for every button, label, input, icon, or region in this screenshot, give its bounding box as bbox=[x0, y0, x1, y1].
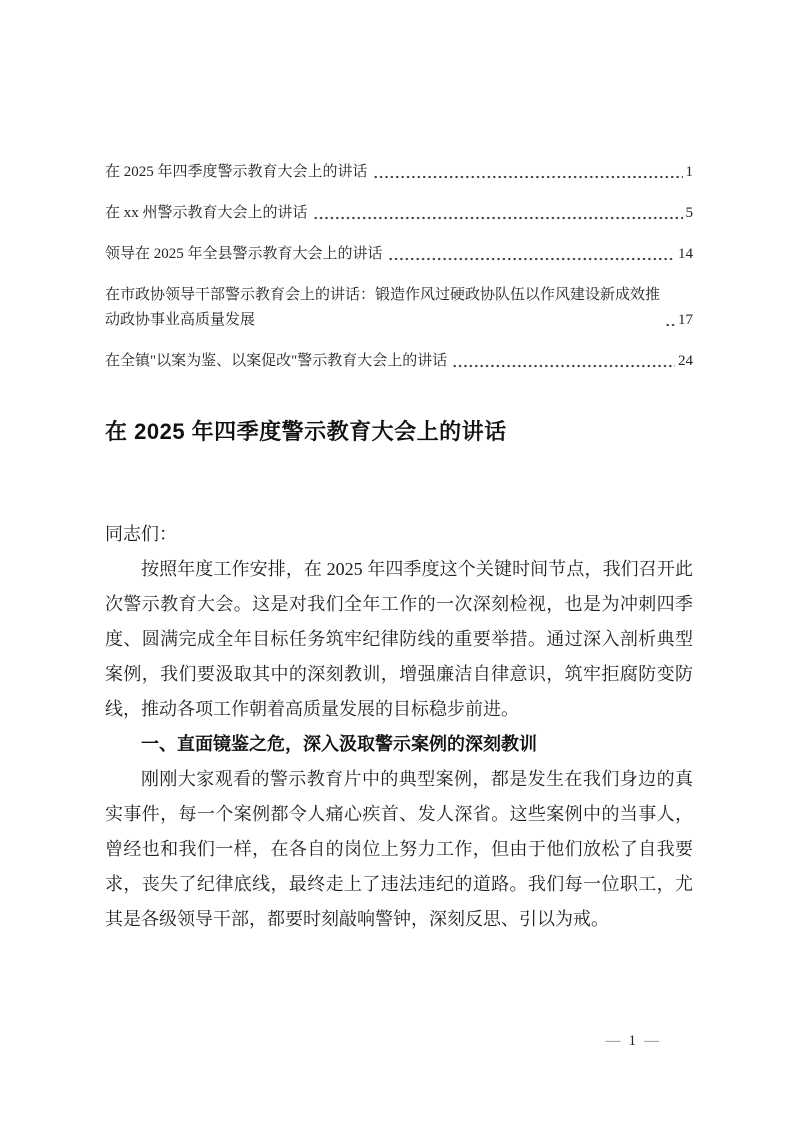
toc-entry-title: 在市政协领导干部警示教育会上的讲话：锻造作风过硬政协队伍以作风建设新成效推动政协… bbox=[105, 283, 660, 333]
toc-entry[interactable]: 在市政协领导干部警示教育会上的讲话：锻造作风过硬政协队伍以作风建设新成效推动政协… bbox=[105, 283, 693, 333]
toc-page-number: 1 bbox=[686, 160, 694, 185]
section-heading: 一、直面镜鉴之危，深入汲取警示案例的深刻教训 bbox=[105, 727, 693, 762]
toc-dot-leader bbox=[452, 349, 675, 374]
footer-left-dash: — bbox=[599, 1033, 629, 1049]
document-page: 在 2025 年四季度警示教育大会上的讲话1在 xx 州警示教育大会上的讲话5领… bbox=[0, 0, 793, 1122]
toc-page-number: 17 bbox=[678, 308, 693, 333]
page-content: 在 2025 年四季度警示教育大会上的讲话1在 xx 州警示教育大会上的讲话5领… bbox=[105, 0, 693, 937]
toc-dot-leader bbox=[373, 160, 683, 185]
footer-right-dash: — bbox=[637, 1033, 667, 1049]
paragraph-intro: 按照年度工作安排，在 2025 年四季度这个关键时间节点，我们召开此次警示教育大… bbox=[105, 552, 693, 727]
toc-entry-title: 在 xx 州警示教育大会上的讲话 bbox=[105, 201, 308, 226]
toc-entry-title: 在全镇"以案为鉴、以案促改"警示教育大会上的讲话 bbox=[105, 349, 447, 374]
toc-dot-leader bbox=[665, 308, 675, 333]
table-of-contents: 在 2025 年四季度警示教育大会上的讲话1在 xx 州警示教育大会上的讲话5领… bbox=[105, 0, 693, 374]
toc-entry-title: 在 2025 年四季度警示教育大会上的讲话 bbox=[105, 160, 368, 185]
toc-page-number: 5 bbox=[686, 201, 694, 226]
toc-page-number: 24 bbox=[678, 349, 693, 374]
toc-page-number: 14 bbox=[678, 242, 693, 267]
toc-entry[interactable]: 在全镇"以案为鉴、以案促改"警示教育大会上的讲话24 bbox=[105, 349, 693, 374]
toc-entry[interactable]: 在 xx 州警示教育大会上的讲话5 bbox=[105, 201, 693, 226]
toc-entry[interactable]: 领导在 2025 年全县警示教育大会上的讲话14 bbox=[105, 242, 693, 267]
paragraph-section1: 刚刚大家观看的警示教育片中的典型案例，都是发生在我们身边的真实事件，每一个案例都… bbox=[105, 762, 693, 937]
toc-entry[interactable]: 在 2025 年四季度警示教育大会上的讲话1 bbox=[105, 160, 693, 185]
toc-dot-leader bbox=[388, 242, 675, 267]
footer-page-number: 1 bbox=[629, 1033, 638, 1049]
toc-dot-leader bbox=[313, 201, 683, 226]
page-footer: —1— bbox=[599, 1033, 668, 1050]
article-body: 同志们： 按照年度工作安排，在 2025 年四季度这个关键时间节点，我们召开此次… bbox=[105, 517, 693, 937]
toc-entry-title: 领导在 2025 年全县警示教育大会上的讲话 bbox=[105, 242, 383, 267]
article-title: 在 2025 年四季度警示教育大会上的讲话 bbox=[105, 417, 693, 447]
salutation: 同志们： bbox=[105, 517, 693, 552]
